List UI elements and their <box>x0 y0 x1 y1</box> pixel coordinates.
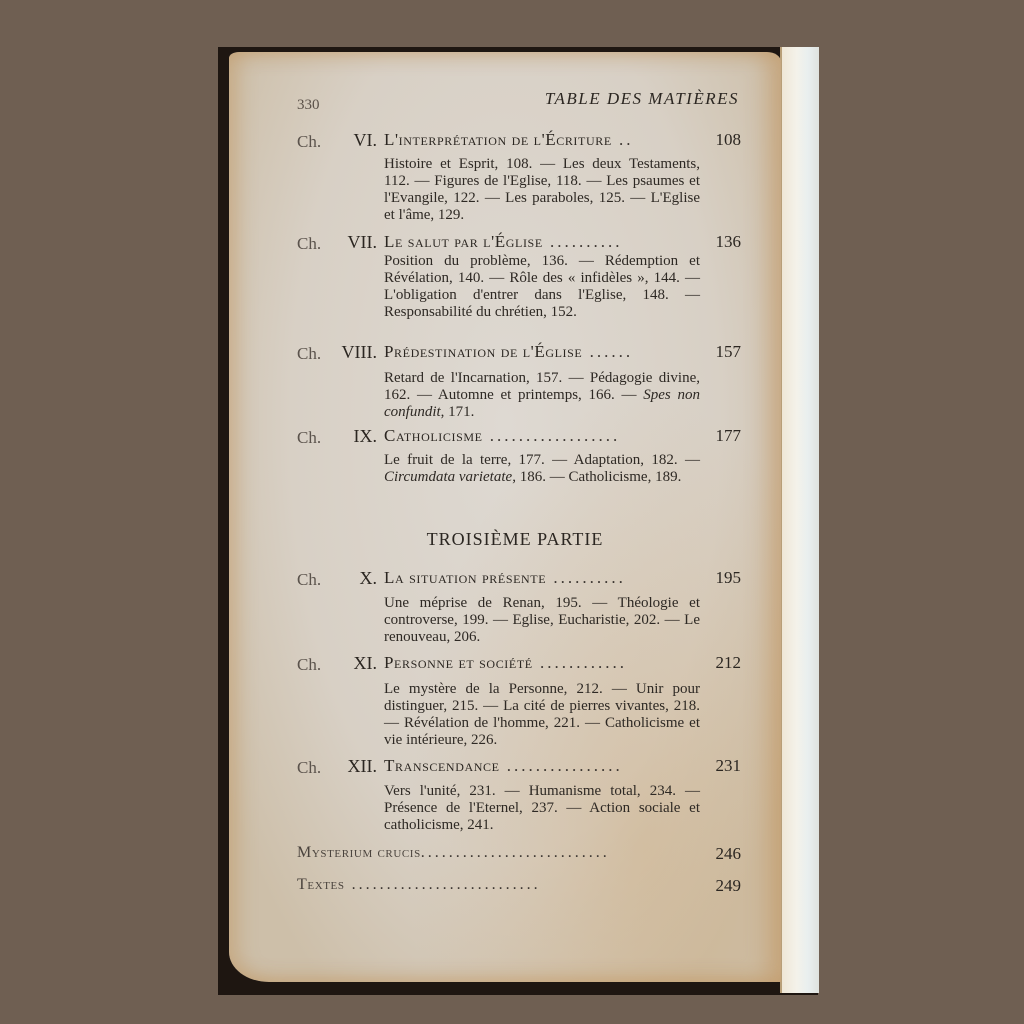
chapter-label: Ch. <box>297 344 321 364</box>
leader-dots: ...... <box>582 342 633 361</box>
toc-entry-ch11: Ch. XI. Personne et société ............… <box>229 653 781 677</box>
chapter-label: Ch. <box>297 758 321 778</box>
toc-entry-ch7: Ch. VII. Le salut par l'Église .........… <box>229 232 781 256</box>
toc-entry-ch6: Ch. VI. L'interprétation de l'Écriture .… <box>229 130 781 154</box>
chapter-number: VIII. <box>342 342 377 363</box>
chapter-title-text: Le salut par l'Église <box>384 232 543 251</box>
chapter-summary: Le mystère de la Personne, 212. — Unir p… <box>384 681 700 749</box>
chapter-title: Transcendance ................ <box>384 756 699 776</box>
entry-page: 249 <box>716 876 742 896</box>
summary-italic: Circumdata varietate <box>384 469 512 485</box>
running-head: 330 TABLE DES MATIÈRES <box>229 89 781 113</box>
chapter-heading: Ch. VIII. Prédestination de l'Église ...… <box>229 342 781 366</box>
chapter-number: X. <box>360 568 378 589</box>
chapter-title: Personne et société ............ <box>384 653 699 673</box>
chapter-page: 231 <box>716 756 742 776</box>
chapter-title-text: L'interprétation de l'Écriture <box>384 130 612 149</box>
entry-title: Mysterium crucis <box>297 844 421 861</box>
right-page-edge <box>780 47 819 993</box>
chapter-summary: Une méprise de Renan, 195. — Théologie e… <box>384 595 700 646</box>
leader-dots: ................ <box>500 756 623 775</box>
page-number: 330 <box>297 97 320 114</box>
chapter-page: 177 <box>716 426 742 446</box>
summary-text: Le fruit de la terre, 177. — Adaptation,… <box>384 452 700 468</box>
chapter-title: La situation présente .......... <box>384 568 699 588</box>
chapter-heading: Ch. VI. L'interprétation de l'Écriture .… <box>229 130 781 154</box>
chapter-summary: Le fruit de la terre, 177. — Adaptation,… <box>384 452 700 486</box>
leader-dots: ............ <box>533 653 627 672</box>
chapter-title: Prédestination de l'Église ...... <box>384 342 699 362</box>
chapter-number: XII. <box>348 756 378 777</box>
chapter-heading: Ch. XII. Transcendance ................ … <box>229 756 781 780</box>
chapter-page: 195 <box>716 568 742 588</box>
summary-text: , 171. <box>441 404 475 420</box>
chapter-label: Ch. <box>297 234 321 254</box>
chapter-page: 212 <box>716 653 742 673</box>
leader-dots: .. <box>612 130 634 149</box>
leader-dots: ........................... <box>345 876 541 893</box>
chapter-title-text: Transcendance <box>384 756 500 775</box>
chapter-label: Ch. <box>297 655 321 675</box>
chapter-heading: Ch. IX. Catholicisme .................. … <box>229 426 781 450</box>
chapter-page: 157 <box>716 342 742 362</box>
chapter-label: Ch. <box>297 132 321 152</box>
toc-entry-ch8: Ch. VIII. Prédestination de l'Église ...… <box>229 342 781 366</box>
entry-title: Textes <box>297 876 345 893</box>
entry-page: 246 <box>716 844 742 864</box>
summary-text: , 186. — Catholicisme, 189. <box>512 469 681 485</box>
toc-entry-ch9: Ch. IX. Catholicisme .................. … <box>229 426 781 450</box>
chapter-summary: Vers l'unité, 231. — Humanisme total, 23… <box>384 783 700 834</box>
toc-entry-ch12: Ch. XII. Transcendance ................ … <box>229 756 781 780</box>
chapter-summary: Histoire et Esprit, 108. — Les deux Test… <box>384 156 700 224</box>
toc-entry-textes: Textes ........................... 249 <box>297 876 741 898</box>
chapter-title-text: La situation présente <box>384 568 546 587</box>
leader-dots: .................. <box>483 426 621 445</box>
chapter-title: L'interprétation de l'Écriture .. <box>384 130 699 150</box>
chapter-heading: Ch. XI. Personne et société ............… <box>229 653 781 677</box>
chapter-heading: Ch. X. La situation présente .......... … <box>229 568 781 592</box>
chapter-page: 108 <box>716 130 742 150</box>
running-head-title: TABLE DES MATIÈRES <box>545 89 739 109</box>
leader-dots: .......... <box>546 568 626 587</box>
chapter-label: Ch. <box>297 570 321 590</box>
toc-entry-mysterium-crucis: Mysterium crucis........................… <box>297 844 741 866</box>
chapter-title: Catholicisme .................. <box>384 426 699 446</box>
chapter-title-text: Personne et société <box>384 653 533 672</box>
chapter-title-text: Catholicisme <box>384 426 483 445</box>
chapter-number: XI. <box>354 653 378 674</box>
chapter-title: Le salut par l'Église .......... <box>384 232 699 252</box>
chapter-label: Ch. <box>297 428 321 448</box>
chapter-title-text: Prédestination de l'Église <box>384 342 582 361</box>
chapter-summary: Position du problème, 136. — Rédemption … <box>384 253 700 321</box>
leader-dots: ........................... <box>421 844 610 861</box>
toc-entry-ch10: Ch. X. La situation présente .......... … <box>229 568 781 592</box>
chapter-number: VII. <box>348 232 378 253</box>
part-heading: TROISIÈME PARTIE <box>229 529 781 550</box>
leader-dots: .......... <box>543 232 623 251</box>
book-page: 330 TABLE DES MATIÈRES Ch. VI. L'interpr… <box>229 52 781 982</box>
chapter-page: 136 <box>716 232 742 252</box>
chapter-number: IX. <box>354 426 378 447</box>
chapter-number: VI. <box>354 130 378 151</box>
chapter-summary: Retard de l'Incarnation, 157. — Pédagogi… <box>384 370 700 421</box>
